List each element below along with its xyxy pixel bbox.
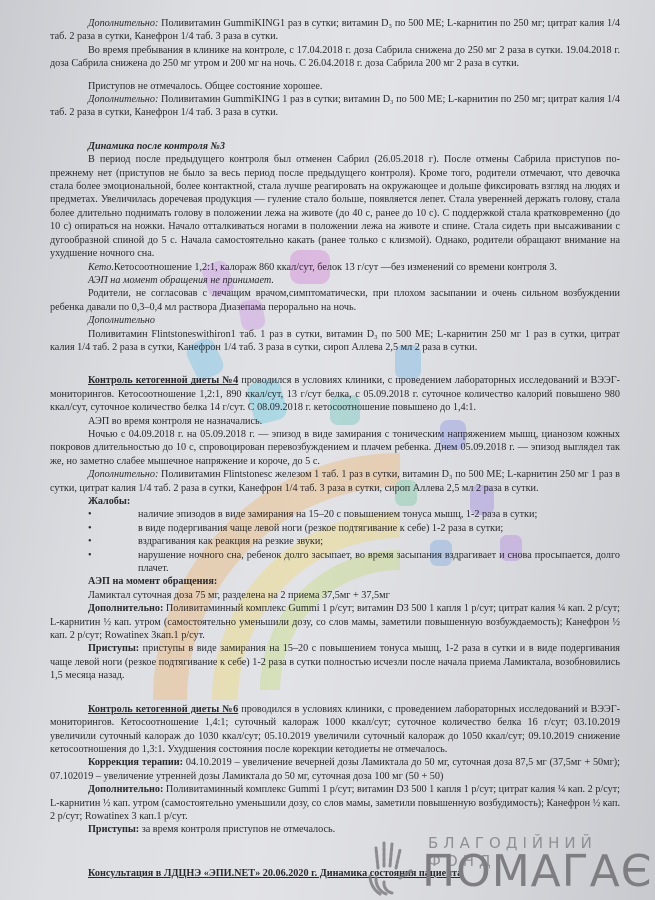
- supplement-paragraph-3: Поливитамин Flintstoneswithiron1 таб. 1 …: [50, 328, 620, 355]
- aep-paragraph: АЭП на момент обращения не принимает.: [50, 274, 620, 287]
- supplement-paragraph-2: Дополнительно: Поливитамин GummiKING 1 р…: [50, 93, 620, 120]
- complaint-item: в виде подергивания чаще левой ноги (рез…: [50, 522, 620, 535]
- aep-control-paragraph: АЭП во время контроля не назначались.: [50, 415, 620, 428]
- complaint-item: вздрагивания как реакция на резкие звуки…: [50, 535, 620, 548]
- supplement-label: Дополнительно:: [88, 469, 158, 480]
- seizures-paragraph-2: Приступы: за время контроля приступов не…: [50, 823, 620, 836]
- therapy-paragraph: Коррекция терапии: 04.10.2019 – увеличен…: [50, 756, 620, 783]
- night-episode-paragraph: Ночью с 04.09.2018 г. на 05.09.2018 г. —…: [50, 428, 620, 468]
- aep-label: АЭП на момент обращения:: [50, 575, 620, 588]
- seizures-paragraph: Приступы: приступы в виде замирания на 1…: [50, 642, 620, 682]
- keto-text: Кетосоотношение 1,2:1, калораж 860 ккал/…: [114, 262, 557, 273]
- control-6-title: Контроль кетогенной диеты №6: [88, 704, 238, 715]
- complaints-label: Жалобы:: [50, 495, 620, 508]
- seizures-label: Приступы:: [88, 643, 139, 654]
- control-4-title: Контроль кетогенной диеты №4: [88, 375, 238, 386]
- keto-paragraph: Кето.Кетосоотношение 1,2:1, калораж 860 …: [50, 261, 620, 274]
- complaints-list: наличие эпизодов в виде замирания на 15–…: [50, 508, 620, 575]
- supplement-label: Дополнительно:: [88, 94, 158, 105]
- control-4-paragraph: Контроль кетогенной диеты №4 проводился …: [50, 374, 620, 414]
- supplement-paragraph-4: Дополнительно: Поливитамин Flintstonesc …: [50, 468, 620, 495]
- document-page: Дополнительно: Поливитамин GummiKING1 ра…: [50, 6, 620, 891]
- supplement-label: Дополнительно:: [88, 18, 158, 29]
- parents-paragraph: Родители, не согласовав с лечащим врачом…: [50, 287, 620, 314]
- control-6-paragraph: Контроль кетогенной диеты №6 проводился …: [50, 703, 620, 757]
- seizures-label: Приступы:: [88, 824, 139, 835]
- supplement-label: Дополнительно:: [88, 784, 163, 795]
- status-paragraph: Приступов не отмечалось. Общее состояние…: [50, 80, 620, 93]
- clinic-stay-paragraph: Во время пребывания в клинике на контрол…: [50, 44, 620, 71]
- supplement-paragraph-5: Дополнительно: Поливитаминный комплекс G…: [50, 602, 620, 642]
- therapy-label: Коррекция терапии:: [88, 757, 183, 768]
- supplement-label: Дополнительно:: [88, 603, 163, 614]
- keto-label: Кето.: [88, 262, 114, 273]
- complaint-item: наличие эпизодов в виде замирания на 15–…: [50, 508, 620, 521]
- supplement-paragraph: Дополнительно: Поливитамин GummiKING1 ра…: [50, 17, 620, 44]
- dynamics-paragraph: В период после предыдущего контроля был …: [50, 153, 620, 260]
- seizures-text: за время контроля приступов не отмечалос…: [139, 824, 335, 835]
- consultation-heading: Консультация в ЛДЦНЭ «ЭПИ.NET» 20.06.202…: [50, 867, 620, 880]
- supplement-paragraph-6: Дополнительно: Поливитаминный комплекс G…: [50, 783, 620, 823]
- aep-text: Ламиктал суточная доза 75 мг, разделена …: [50, 589, 620, 602]
- complaint-item: нарушение ночного сна, ребенок долго зас…: [50, 549, 620, 576]
- section-heading-dynamics: Динамика после контроля №3: [50, 140, 620, 153]
- supplement-label-standalone: Дополнительно: [50, 314, 620, 327]
